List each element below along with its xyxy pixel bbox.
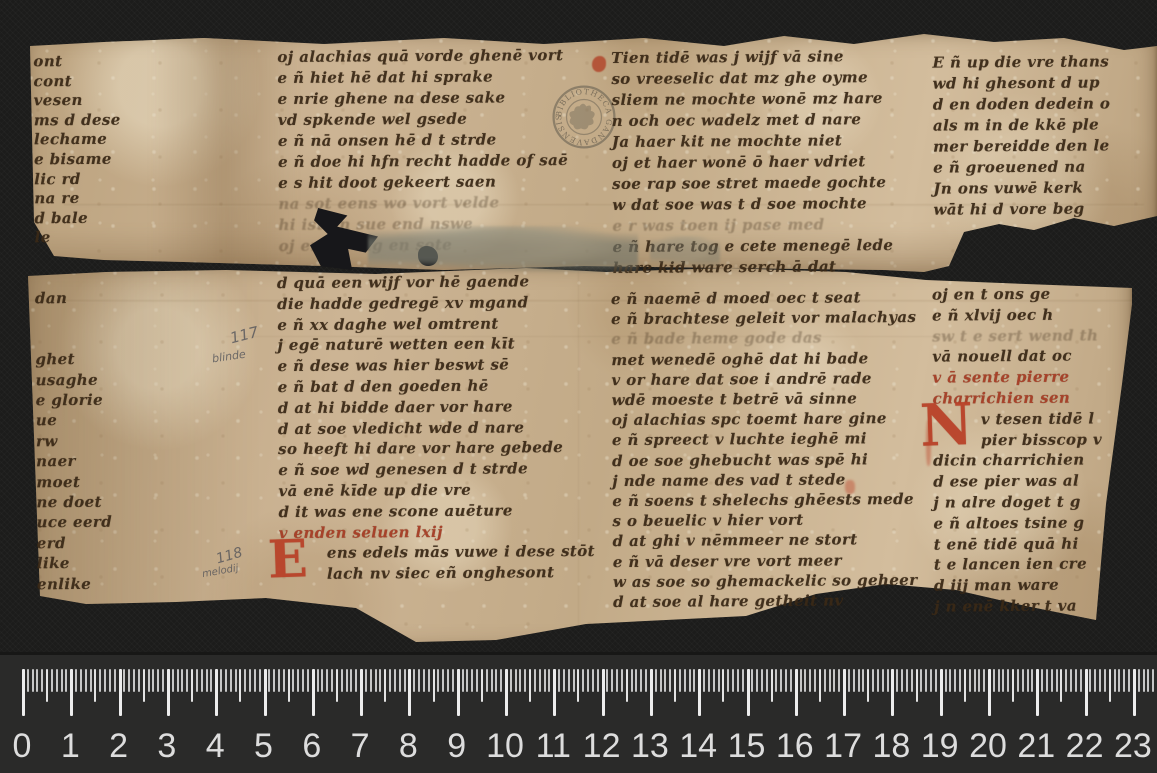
ruler: 01234567891011121314151617181920212223 — [0, 652, 1157, 773]
manuscript-line: e ñ hiet hē dat hi sprake — [277, 66, 567, 89]
manuscript-line: sliem ne mochte wonē mz hare — [611, 88, 892, 111]
manuscript-line: t enē tidē quā hi — [934, 533, 1103, 555]
manuscript-photograph: { "photo": { "subject": "Medieval Middle… — [0, 0, 1157, 773]
manuscript-line: v ā sente pierre — [932, 367, 1101, 389]
manuscript-line: d quā een wijf vor hē gaende — [277, 271, 593, 294]
manuscript-line: d oe soe ghebucht was spē hi — [612, 449, 917, 471]
manuscript-line: lechame — [34, 130, 121, 150]
manuscript-line: die hadde gedregē xv mgand — [277, 292, 593, 315]
ruler-number: 3 — [157, 727, 176, 766]
manuscript-line: le — [35, 228, 122, 248]
ruler-number: 10 — [486, 727, 524, 766]
ruler-number: 7 — [351, 727, 370, 766]
manuscript-line: d at hi bidde daer vor hare — [278, 396, 594, 419]
manuscript-line: e glorie — [36, 390, 112, 411]
manuscript-line: Tien tidē was j wijf vā sine — [611, 46, 892, 69]
manuscript-line: e ñ dese was hier beswt sē — [277, 354, 593, 377]
ruler-number: 20 — [969, 727, 1007, 766]
ruler-number: 2 — [109, 727, 128, 766]
red-initial-N: N — [919, 395, 974, 455]
ruler-number: 8 — [399, 727, 418, 766]
manuscript-line: vā enē kīde up die vre — [278, 479, 594, 502]
manuscript-line: v or hare dat soe i andrē rade — [611, 368, 916, 390]
manuscript-line: mer bereidde den le — [933, 135, 1111, 157]
gray-residue-patch-small — [650, 236, 720, 266]
ruler-number: 14 — [679, 727, 717, 766]
manuscript-line: lic rd — [34, 169, 121, 189]
manuscript-line: e ñ groeuened na — [933, 156, 1111, 178]
manuscript-line: Ja haer kit ne mochte niet — [612, 130, 893, 153]
manuscript-line: e ñ spreect v luchte ieghē mi — [612, 428, 917, 450]
ruler-numbers: 01234567891011121314151617181920212223 — [0, 655, 1157, 773]
text-column-2-lower: e ñ naemē d moed oec t seate ñ brachtese… — [611, 287, 918, 612]
manuscript-line: lach nv siec eñ onghesont — [279, 562, 595, 585]
ruler-number: 4 — [206, 727, 225, 766]
manuscript-line: d it was ene scone auēture — [279, 500, 595, 523]
manuscript-line: enlike — [37, 573, 113, 594]
manuscript-line: moet — [36, 471, 112, 492]
manuscript-line: wd hi ghesont d up — [933, 72, 1111, 94]
stamp-lion-emblem — [569, 104, 594, 130]
manuscript-line: na re — [34, 189, 121, 209]
manuscript-line: e ñ brachtese geleit vor malachyas — [611, 307, 916, 329]
manuscript-line: e ñ bade heme gode das — [611, 327, 916, 349]
manuscript-line: als m in de kkē ple — [933, 114, 1111, 136]
manuscript-line: n och oec wadelz met d nare — [612, 109, 893, 132]
manuscript-line: e ñ altoes tsine g — [933, 512, 1102, 534]
manuscript-line: j n enē kker t va — [934, 595, 1103, 617]
manuscript-line: rw — [36, 431, 112, 452]
ruler-number: 13 — [631, 727, 669, 766]
manuscript-line: vd spkende wel gsede — [278, 108, 568, 131]
ruler-number: 9 — [447, 727, 466, 766]
gray-residue-patch — [368, 226, 638, 272]
ruler-number: 0 — [13, 727, 32, 766]
manuscript-line: so heeft hi dare vor hare gebede — [278, 437, 594, 460]
manuscript-line: w dat soe was t d soe mochte — [612, 193, 893, 216]
manuscript-line: E ñ up die vre thans — [932, 51, 1110, 73]
manuscript-line: uce eerd — [36, 512, 112, 533]
ruler-number: 11 — [536, 727, 571, 766]
manuscript-line: d at ghi v nēmmeer ne stort — [613, 529, 918, 551]
manuscript-line: sw t e sert wend th — [932, 325, 1101, 347]
ruler-number: 1 — [61, 727, 80, 766]
ruler-number: 19 — [921, 727, 959, 766]
manuscript-line: e ñ naemē d moed oec t seat — [611, 287, 916, 309]
text-column-1-lower: d quā een wijf vor hē gaendedie hadde ge… — [277, 271, 595, 585]
red-ink-trace — [845, 480, 855, 494]
manuscript-line: dan — [35, 288, 111, 309]
manuscript-line: e ñ nā onsen hē d t strde — [278, 129, 568, 152]
red-paragraph-mark — [592, 56, 606, 72]
manuscript-line: e ñ soe wd genesen d t strde — [278, 458, 594, 481]
manuscript-line: wdē moeste t betrē vā sinne — [612, 388, 917, 410]
manuscript-line — [35, 329, 111, 350]
manuscript-line: e ñ doe hi hfn recht hadde of saē — [278, 150, 568, 173]
ruler-number: 22 — [1066, 727, 1104, 766]
manuscript-line: erd — [37, 533, 113, 554]
manuscript-line: e ñ soens t shelechs ghēests mede — [612, 489, 917, 511]
manuscript-line: j nde name des vad t stede — [612, 469, 917, 491]
manuscript-line: wāt hi d vore beg — [933, 198, 1111, 220]
manuscript-line: oj en t ons ge — [932, 283, 1101, 305]
manuscript-line: Jn ons vuwē kerk — [933, 177, 1111, 199]
manuscript-line: ont — [33, 52, 120, 72]
manuscript-line: d en doden dedein o — [933, 93, 1111, 115]
manuscript-line: s o beuelic v hier vort — [612, 509, 917, 531]
manuscript-line: t e lancen ien cre — [934, 554, 1103, 576]
manuscript-line: e ñ bat d den goeden hē — [278, 375, 594, 398]
manuscript-line: soe rap soe stret maede gochte — [612, 172, 893, 195]
manuscript-line: v enden seluen lxij — [279, 520, 595, 543]
manuscript-line: e r was toen ij pase med — [612, 214, 893, 237]
manuscript-line: vā nouell dat oc — [932, 346, 1101, 368]
manuscript-line: e ñ xlvij oec h — [932, 304, 1101, 326]
manuscript-line: oj alachias spc toemt hare gine — [612, 408, 917, 430]
red-initial-E: E — [267, 533, 308, 586]
stain-dark-band — [154, 32, 294, 276]
manuscript-line: naer — [36, 451, 112, 472]
manuscript-line: d at soe vledicht wde d nare — [278, 416, 594, 439]
manuscript-line: ue — [36, 410, 112, 431]
ruler-number: 16 — [776, 727, 814, 766]
manuscript-line: e ñ xx daghe wel omtrent — [277, 312, 593, 335]
manuscript-line: usaghe — [36, 369, 112, 390]
manuscript-line: ens edels mās vuwe i dese stōt — [279, 541, 595, 564]
ruler-number: 18 — [872, 727, 910, 766]
manuscript-line: e s hit doot gekeert saen — [278, 171, 568, 194]
text-column-3-upper: E ñ up die vre thanswd hi ghesont d upd … — [932, 51, 1111, 220]
manuscript-line: e bisame — [34, 150, 121, 170]
manuscript-line: d iij man ware — [934, 575, 1103, 597]
manuscript-line: d at soe al hare getheit nv — [613, 590, 918, 612]
margin-column-lower: danghetusaghee glorieuerwnaermoetne doet… — [35, 288, 113, 595]
ruler-number: 21 — [1017, 727, 1055, 766]
manuscript-line: vesen — [34, 91, 121, 111]
manuscript-line: cont — [33, 71, 120, 91]
manuscript-line: oj alachias quā vorde ghenē vort — [277, 45, 567, 68]
manuscript-line: ms d dese — [34, 110, 121, 130]
ruler-number: 5 — [254, 727, 273, 766]
manuscript-line: j n alre doget t g — [933, 491, 1102, 513]
manuscript-line: like — [37, 553, 113, 574]
manuscript-line: so vreeselic dat mz ghe oyme — [611, 67, 892, 90]
manuscript-line: d bale — [34, 208, 121, 228]
ruler-number: 17 — [824, 727, 862, 766]
manuscript-line: d ese pier was al — [933, 471, 1102, 493]
ruler-number: 12 — [583, 727, 621, 766]
manuscript-line — [35, 308, 111, 329]
manuscript-line: ghet — [35, 349, 111, 370]
ruler-number: 15 — [728, 727, 766, 766]
margin-column-upper: ontcontvesenms d deselechamee bisamelic … — [33, 52, 121, 249]
ruler-number: 6 — [302, 727, 321, 766]
manuscript-line: j egē naturē wetten een kīt — [277, 333, 593, 356]
manuscript-line: w as soe so ghemackelic so geheer — [613, 570, 918, 592]
manuscript-line: e ñ vā deser vre vort meer — [613, 550, 918, 572]
manuscript-line: ne doet — [36, 492, 112, 513]
manuscript-line: met wenedē oghē dat hi bade — [611, 348, 916, 370]
manuscript-line: oj et haer wonē ō haer vdriet — [612, 151, 893, 174]
manuscript-line: e nrie ghene na dese sake — [278, 87, 568, 110]
ruler-number: 23 — [1114, 727, 1152, 766]
